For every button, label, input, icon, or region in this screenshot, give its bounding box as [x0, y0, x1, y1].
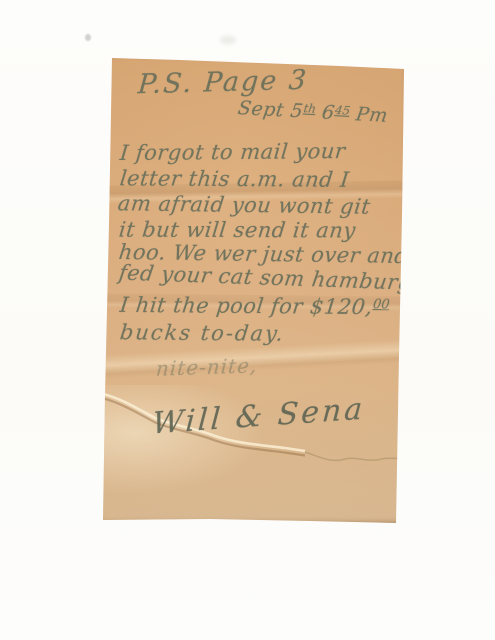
body-line: letter this a.m. and I [119, 166, 351, 192]
cents-superscript: 00 [372, 297, 390, 312]
body-line: it but will send it any [118, 218, 357, 243]
date-part: 6 [314, 101, 337, 124]
pool-winnings-line: I hit the pool for $120,00 [119, 293, 391, 319]
signature: Will & Sena [151, 391, 366, 441]
body-line: am afraid you wont git [117, 191, 372, 218]
date-part: Pm [348, 103, 390, 127]
scan-speckle [85, 34, 91, 41]
date-line: Sept 5th 645 Pm [236, 97, 389, 127]
letter-paper: P.S. Page 3 Sept 5th 645 Pm I forgot to … [100, 55, 406, 525]
closing-line: nite-nite, [155, 353, 258, 381]
scan-speckle [220, 36, 236, 44]
body-line: I forgot to mail your [119, 139, 347, 165]
body-line: bucks to-day. [119, 320, 287, 345]
ps-page-line: P.S. Page 3 [137, 65, 309, 101]
date-part: Sept 5 [236, 97, 305, 122]
paper-speck [373, 63, 376, 66]
pool-line-text: I hit the pool for $120, [119, 293, 374, 319]
scan-background: P.S. Page 3 Sept 5th 645 Pm I forgot to … [0, 0, 495, 640]
